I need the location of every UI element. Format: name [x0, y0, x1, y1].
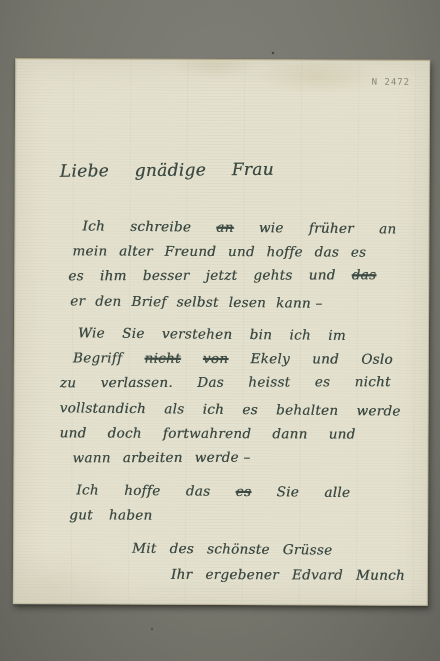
word: wie	[259, 220, 284, 236]
word: selbst	[176, 294, 218, 310]
word: heisst	[248, 374, 290, 390]
letter-line: Ichschreibeanwiefrüheran	[82, 209, 396, 237]
word: behalten	[276, 402, 338, 419]
word: den	[95, 294, 121, 310]
word: haben	[109, 508, 153, 524]
word: Wie	[78, 325, 105, 341]
word: verstehen	[162, 326, 233, 343]
letter-line: IhrergebenerEdvardMunch	[171, 557, 403, 584]
word: es	[68, 268, 84, 284]
word: ergebener	[205, 567, 279, 583]
word: arbeiten	[123, 450, 183, 466]
letter-paragraph: IchschreibeanwiefrüheranmeinalterFreundu…	[60, 209, 404, 311]
letter-paragraph: IchhoffedasesSiealleguthaben	[59, 473, 403, 525]
word: ich	[289, 327, 311, 343]
word: doch	[108, 426, 142, 442]
word: Edvard	[292, 567, 343, 583]
crossed-out-word: nicht	[144, 351, 180, 367]
word: Das	[197, 375, 224, 391]
word: Grüsse	[283, 542, 333, 558]
word: schreibe	[130, 219, 191, 236]
word: das	[186, 483, 211, 499]
photograph-background: N 2472 Liebe gnädige Frau Ichschreibeanw…	[0, 0, 440, 661]
word: zu	[60, 375, 76, 391]
letter-line: erdenBriefselbstlesenkann –	[70, 284, 404, 312]
word: und	[309, 267, 336, 283]
word: besser	[143, 268, 190, 284]
salutation: Liebe gnädige Frau	[60, 160, 274, 182]
word: es	[242, 402, 258, 418]
word: des	[169, 541, 194, 557]
word: als	[164, 401, 184, 417]
word: Munch	[356, 568, 405, 584]
word: Brief	[131, 294, 166, 310]
crossed-out-word: von	[203, 351, 228, 367]
word: kann –	[276, 295, 323, 311]
word: alle	[324, 485, 350, 501]
word: Ich	[82, 218, 105, 234]
letter-line: unddochfortwahrenddannund	[60, 416, 356, 442]
word: werde –	[195, 450, 251, 466]
word: früher	[309, 221, 354, 237]
letter-line: zuverlassen.Dasheisstesnicht	[60, 365, 391, 391]
word: Ihr	[171, 567, 192, 583]
word: nicht	[355, 374, 391, 390]
letter-line: esihmbesserjetztgehtsunddas	[68, 258, 376, 284]
word: Mit	[132, 541, 157, 557]
archive-number-stamp: N 2472	[372, 78, 411, 88]
word: hoffe	[124, 483, 160, 499]
word: Freund	[164, 244, 216, 260]
word: ihm	[100, 268, 127, 284]
word: gehts	[253, 268, 292, 284]
crossed-out-word: das	[352, 267, 377, 283]
letter-line: wannarbeitenwerde –	[72, 440, 403, 466]
word: und	[60, 425, 87, 441]
letter-paragraph: WieSieverstehenbinichimBegriffnichtvonEk…	[59, 316, 404, 467]
letter-line: WieSieverstehenbinichim	[78, 316, 346, 344]
letter-line: vollstandichalsichesbehaltenwerde	[60, 391, 401, 419]
word: wann	[72, 450, 110, 466]
word: jetzt	[206, 268, 238, 284]
word: ich	[203, 402, 225, 418]
letter-paper: N 2472 Liebe gnädige Frau Ichschreibeanw…	[13, 58, 430, 606]
closing-and-signature: MitdesschönsteGrüsseIhrergebenerEdvardMu…	[59, 530, 403, 584]
word: bin	[250, 327, 273, 343]
letter-body: IchschreibeanwiefrüheranmeinalterFreundu…	[59, 209, 405, 590]
word: gut	[69, 507, 93, 523]
word: an	[379, 221, 396, 237]
word: mein	[72, 243, 107, 259]
word: lesen	[229, 295, 267, 311]
letter-line: guthaben	[69, 498, 403, 524]
word: Begriff	[73, 350, 122, 366]
word: Sie	[276, 484, 299, 500]
letter-line: meinalterFreundundhoffedases	[72, 234, 366, 260]
letter-line: IchhoffedasesSiealle	[76, 473, 350, 501]
word: vollstandich	[60, 400, 146, 417]
letter-line: MitdesschönsteGrüsse	[132, 531, 403, 560]
word: verlassen.	[101, 375, 173, 391]
word: schönste	[207, 541, 270, 558]
word: es	[315, 374, 331, 390]
word: werde	[356, 403, 400, 419]
crossed-out-word: es	[236, 484, 252, 500]
word: Sie	[122, 326, 145, 342]
word: Ich	[76, 482, 99, 498]
word: alter	[119, 244, 153, 260]
word: fortwahrend	[163, 426, 251, 442]
crossed-out-word: an	[216, 220, 233, 236]
word: im	[328, 328, 346, 344]
letter-line: BegriffnichtvonEkelyundOslo	[73, 341, 393, 367]
word: er	[70, 293, 85, 309]
